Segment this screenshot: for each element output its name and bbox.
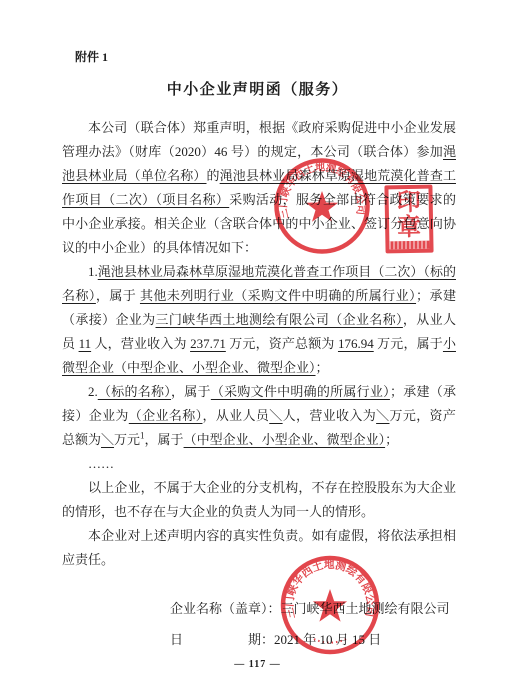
seal-serial-marks: [314, 639, 346, 643]
text-segment: ；: [316, 360, 329, 375]
text-segment: （企业名称）: [129, 408, 203, 423]
paragraph: ……: [62, 452, 456, 476]
text-segment: 以上企业，不属于大企业的分支机构，不存在控股股东为大企业的情形，也不存在与大企业…: [62, 480, 456, 519]
text-segment: ；: [385, 432, 398, 447]
document-page: 附件 1 中小企业声明函（服务） 本公司（联合体）郑重声明，根据《政府采购促进中…: [0, 0, 515, 682]
page-number: — 117 —: [0, 659, 515, 670]
text-segment: ，属于: [145, 432, 184, 447]
text-segment: 万元，属于: [374, 336, 443, 351]
company-round-seal-bottom: 三门峡华西土地测绘有限公司: [278, 553, 382, 657]
text-segment: ＼: [101, 432, 114, 447]
company-seal-label: 企业名称（盖章）：: [170, 601, 281, 616]
text-segment: ，属于: [96, 288, 140, 303]
text-segment: ，属于: [171, 384, 211, 399]
text-segment: 1.: [88, 264, 98, 279]
square-stamp-characters: 印 章: [397, 191, 422, 241]
seal-star-icon: [313, 589, 347, 622]
square-stamp-code-band: [389, 241, 429, 250]
paragraph: 1.渑池县林业局森林草原湿地荒漠化普查工作项目（二次）（标的名称），属于 其他未…: [62, 260, 456, 380]
text-segment: 的: [207, 168, 220, 183]
paragraph: 以上企业，不属于大企业的分支机构，不存在控股股东为大企业的情形，也不存在与大企业…: [62, 476, 456, 524]
paragraph: 本企业对上述声明内容的真实性负责。如有虚假，将依法承担相应责任。: [62, 524, 456, 572]
text-segment: ，从业人员: [202, 408, 269, 423]
text-segment: 本公司（联合体）郑重声明，根据《政府采购促进中小企业发展管理办法》（财库（202…: [62, 120, 456, 159]
text-segment: （采购文件中明确的所属行业）: [211, 384, 390, 399]
text-segment: 237.71: [190, 336, 226, 351]
square-stamp-char-bottom: 章: [397, 216, 421, 241]
text-segment: 2.: [88, 384, 98, 399]
text-segment: （标的名称）: [98, 384, 171, 399]
text-segment: ＼: [376, 408, 389, 423]
paragraph: 2.（标的名称），属于（采购文件中明确的所属行业）；承建（承接）企业为（企业名称…: [62, 380, 456, 452]
text-segment: 本企业对上述声明内容的真实性负责。如有虚假，将依法承担相应责任。: [62, 528, 456, 567]
date-label: 日 期：: [170, 632, 274, 647]
text-segment: 人，营业收入为: [91, 336, 190, 351]
text-segment: 其他未列明行业（采购文件中明确的所属行业）: [140, 288, 416, 303]
attachment-label: 附件 1: [75, 48, 108, 65]
seal-star-icon: [306, 191, 338, 222]
text-segment: 万元: [114, 432, 140, 447]
text-segment: ……: [88, 456, 114, 471]
company-round-seal-top: 三门峡华西土地测绘有限公司: [272, 156, 372, 256]
text-segment: （中型企业、小型企业、微型企业）: [184, 432, 386, 447]
square-seal-stamp: 印 章: [384, 185, 433, 254]
text-segment: 三门峡华西土地测绘有限公司（企业名称）: [156, 312, 403, 327]
text-segment: 人，营业收入为: [283, 408, 377, 423]
square-stamp-char-top: 印: [397, 191, 421, 216]
text-segment: 万元，资产总额为: [226, 336, 338, 351]
page-title: 中小企业声明函（服务）: [0, 78, 515, 99]
text-segment: 176.94: [338, 336, 374, 351]
text-segment: ＼: [269, 408, 282, 423]
text-segment: 11: [79, 336, 92, 351]
